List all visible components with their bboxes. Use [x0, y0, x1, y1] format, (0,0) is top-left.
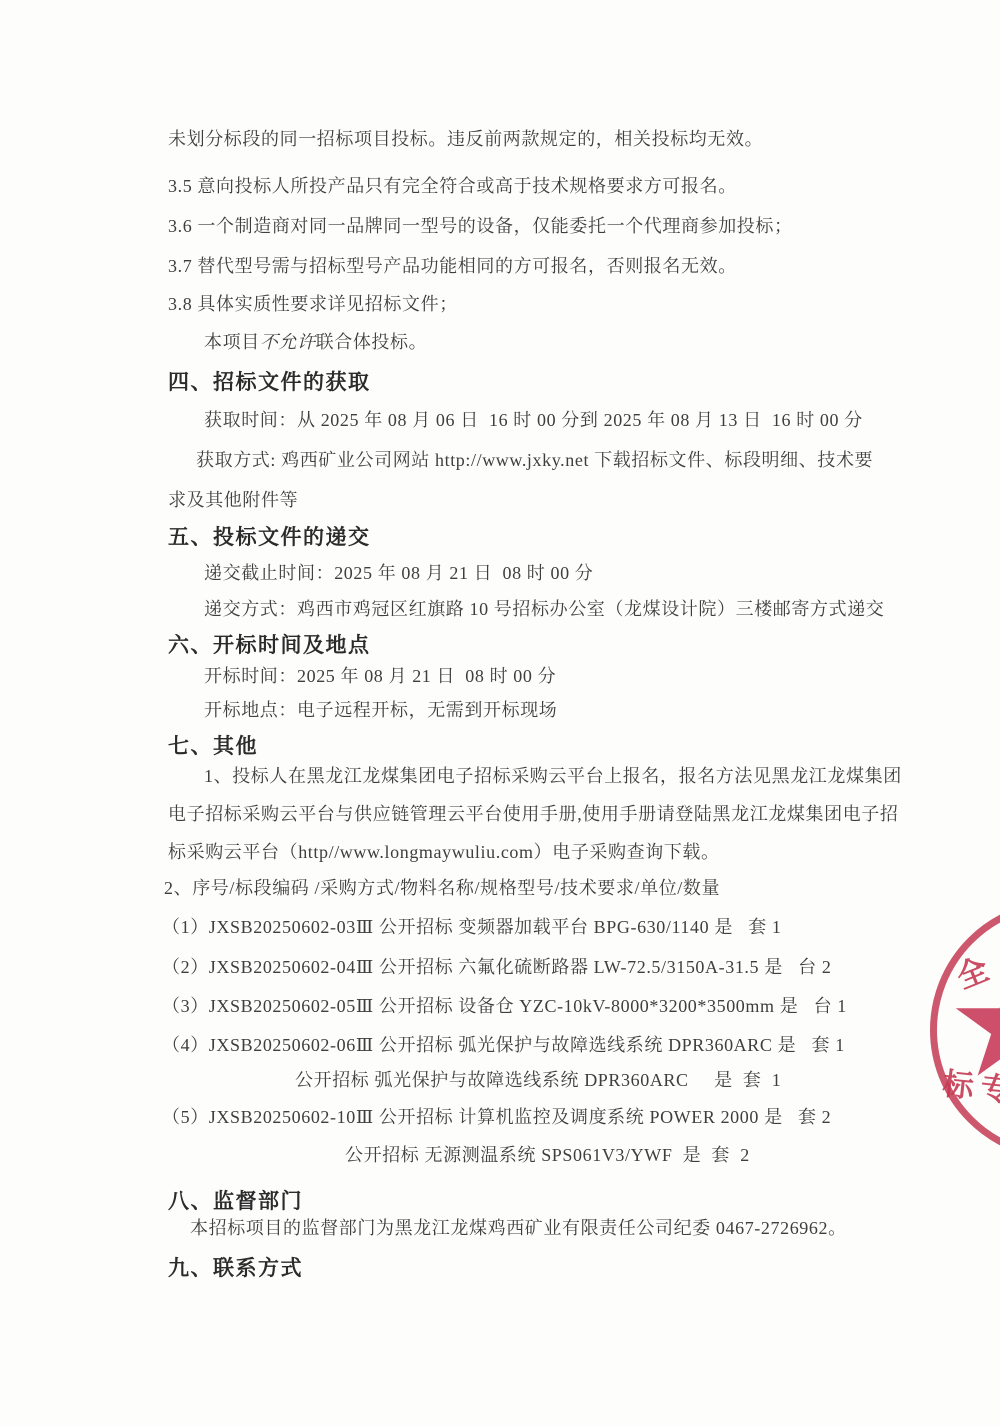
- no-consortium-line: 本项目不允许联合体投标。: [204, 331, 427, 354]
- section-7-para1-line2: 电子招标采购云平台与供应链管理云平台使用手册,使用手册请登陆黑龙江龙煤集团电子招: [168, 803, 899, 826]
- no-consortium-prefix: 本项目: [204, 332, 260, 352]
- lot-item-3: （3）JXSB20250602-05Ⅲ 公开招标 设备仓 YZC-10kV-80…: [162, 995, 847, 1018]
- no-consortium-suffix: 联合体投标。: [316, 332, 428, 352]
- section-6-heading: 六、开标时间及地点: [168, 629, 371, 659]
- section-4-obtain-method-line2: 求及其他附件等: [168, 489, 298, 512]
- section-5-heading: 五、投标文件的递交: [168, 521, 371, 551]
- intro-line-continuation: 未划分标段的同一招标项目投标。违反前两款规定的，相关投标均无效。: [168, 128, 763, 151]
- lot-item-5-continuation: 公开招标 无源测温系统 SPS061V3/YWF 是 套 2: [345, 1144, 750, 1167]
- lot-item-4-continuation: 公开招标 弧光保护与故障选线系统 DPR360ARC 是 套 1: [295, 1069, 781, 1092]
- section-7-para1-line3: 标采购云平台（http//www.longmaywuliu.com）电子采购查询…: [168, 841, 720, 864]
- section-9-heading: 九、联系方式: [168, 1252, 303, 1282]
- section-4-obtain-method-line1: 获取方式: 鸡西矿业公司网站 http://www.jxky.net 下载招标文…: [196, 449, 873, 472]
- section-7-column-key: 2、序号/标段编码 /采购方式/物料名称/规格型号/技术要求/单位/数量: [164, 877, 720, 900]
- lot-item-5: （5）JXSB20250602-10Ⅲ 公开招标 计算机监控及调度系统 POWE…: [162, 1106, 831, 1129]
- scanned-tender-document-page: 未划分标段的同一招标项目投标。违反前两款规定的，相关投标均无效。 3.5 意向投…: [0, 0, 1000, 1426]
- lot-item-1: （1）JXSB20250602-03Ⅲ 公开招标 变频器加载平台 BPG-630…: [162, 916, 782, 939]
- lot-item-4: （4）JXSB20250602-06Ⅲ 公开招标 弧光保护与故障选线系统 DPR…: [162, 1034, 845, 1057]
- section-7-para1-line1: 1、投标人在黑龙江龙煤集团电子招标采购云平台上报名，报名方法见黑龙江龙煤集团: [204, 765, 902, 788]
- clause-3-7: 3.7 替代型号需与招标型号产品功能相同的方可报名，否则报名无效。: [168, 255, 737, 278]
- section-4-obtain-time: 获取时间：从 2025 年 08 月 06 日 16 时 00 分到 2025 …: [204, 409, 863, 432]
- section-5-deadline: 递交截止时间：2025 年 08 月 21 日 08 时 00 分: [204, 562, 593, 585]
- clause-3-5: 3.5 意向投标人所投产品只有完全符合或高于技术规格要求方可报名。: [168, 175, 737, 198]
- section-8-heading: 八、监督部门: [168, 1185, 303, 1215]
- section-4-heading: 四、招标文件的获取: [168, 366, 371, 396]
- seal-bottom-text: 标专: [941, 1058, 1000, 1111]
- section-6-open-place: 开标地点：电子远程开标，无需到开标现场: [204, 699, 557, 722]
- section-6-open-time: 开标时间：2025 年 08 月 21 日 08 时 00 分: [204, 665, 556, 688]
- no-consortium-italic: 不允许: [260, 332, 316, 352]
- section-8-body: 本招标项目的监督部门为黑龙江龙煤鸡西矿业有限责任公司纪委 0467-272696…: [190, 1217, 847, 1240]
- clause-3-6: 3.6 一个制造商对同一品牌同一型号的设备，仅能委托一个代理商参加投标；: [168, 215, 793, 238]
- section-7-heading: 七、其他: [168, 730, 258, 760]
- clause-3-8: 3.8 具体实质性要求详见招标文件；: [168, 293, 458, 316]
- section-5-method: 递交方式：鸡西市鸡冠区红旗路 10 号招标办公室（龙煤设计院）三楼邮寄方式递交: [204, 598, 884, 621]
- lot-item-2: （2）JXSB20250602-04Ⅲ 公开招标 六氟化硫断路器 LW-72.5…: [162, 956, 831, 979]
